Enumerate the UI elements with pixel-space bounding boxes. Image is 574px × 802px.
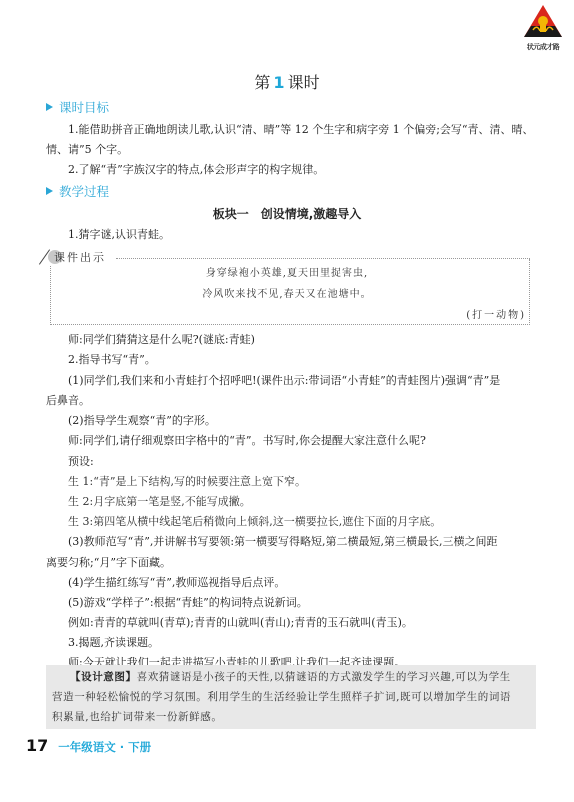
lesson-title: 第1课时 xyxy=(0,70,574,93)
text-line: (4)学生描红练写“青”,教师巡视指导后点评。 xyxy=(46,573,536,593)
triangle-bullet-icon xyxy=(46,187,53,195)
riddle-line-1: 身穿绿袍小英雄,夏天田里捉害虫, xyxy=(0,264,574,279)
design-intent-text-2: 营造一种轻松愉悦的学习氛围。利用学生的生活经验让学生照样子扩词,既可以增加学生的… xyxy=(52,687,530,707)
text-line: 师:同学们猜猜这是什么呢?(谜底:青蛙) xyxy=(46,330,536,350)
step-3: 3.揭题,齐读课题。 xyxy=(46,633,536,653)
step-2: 2.指导书写“青”。 xyxy=(46,350,536,370)
objective-1-cont: 情、请”5 个字。 xyxy=(46,140,536,160)
student-answer-2: 生 2:月字底第一笔是竖,不能写成撇。 xyxy=(46,492,536,512)
block-title: 板块一 创设情境,激趣导入 xyxy=(0,205,574,222)
book-title: 一年级语文 · 下册 xyxy=(58,739,151,755)
section-heading-objectives: 课时目标 xyxy=(46,98,109,116)
design-intent-text-3: 积累量,也给扩词带来一份新鲜感。 xyxy=(52,707,530,727)
publisher-logo: 状元成才路 xyxy=(518,4,568,54)
design-intent-text-1: 喜欢猜谜语是小孩子的天性,以猜谜语的方式激发学生的学习兴趣,可以为学生 xyxy=(137,671,511,683)
riddle-hint: (打一动物) xyxy=(466,306,526,321)
courseware-divider xyxy=(116,258,530,259)
text-line: (5)游戏“学样子”:根据“青蛙”的构词特点说新词。 xyxy=(46,593,536,613)
logo-emblem-icon xyxy=(523,4,563,40)
process-heading-text: 教学过程 xyxy=(59,182,109,200)
objective-1: 1.能借助拼音正确地朗读儿歌,认识“清、晴”等 12 个生字和病字旁 1 个偏旁… xyxy=(46,120,536,140)
objectives-heading-text: 课时目标 xyxy=(59,98,109,116)
student-answer-1: 生 1:“青”是上下结构,写的时候要注意上宽下窄。 xyxy=(46,472,536,492)
objective-2: 2.了解“青”字族汉字的特点,体会形声字的构字规律。 xyxy=(46,160,536,180)
lesson-title-prefix: 第 xyxy=(254,73,270,92)
step-1: 1.猜字谜,认识青蛙。 xyxy=(46,225,536,245)
courseware-label-text: 课件出示 xyxy=(54,249,106,265)
page-footer: 17 一年级语文 · 下册 xyxy=(26,736,151,755)
example-line: 例如:青青的草就叫(青草);青青的山就叫(青山);青青的玉石就叫(青玉)。 xyxy=(46,613,536,633)
lesson-title-suffix: 课时 xyxy=(288,73,320,92)
text-line: 离要匀称;“月”字下面藏。 xyxy=(46,553,536,573)
section-heading-process: 教学过程 xyxy=(46,182,109,200)
text-line: 后鼻音。 xyxy=(46,391,536,411)
text-line: (3)教师范写“青”,并讲解书写要领:第一横要写得略短,第二横最短,第三横最长,… xyxy=(46,532,536,552)
page-number: 17 xyxy=(26,736,48,755)
design-intent-tag: 【设计意图】 xyxy=(70,671,137,683)
triangle-bullet-icon xyxy=(46,103,53,111)
riddle-line-2: 冷风吹来找不见,春天又在池塘中。 xyxy=(0,285,574,300)
design-intent-box: 【设计意图】喜欢猜谜语是小孩子的天性,以猜谜语的方式激发学生的学习兴趣,可以为学… xyxy=(46,665,536,729)
student-answer-3: 生 3:第四笔从横中线起笔后稍微向上倾斜,这一横要拉长,遮住下面的月字底。 xyxy=(46,512,536,532)
text-line: (1)同学们,我们来和小青蛙打个招呼吧!(课件出示:带词语“小青蛙”的青蛙图片)… xyxy=(46,371,536,391)
text-line: (2)指导学生观察“青”的字形。 xyxy=(46,411,536,431)
text-line: 师:同学们,请仔细观察田字格中的“青”。书写时,你会提醒大家注意什么呢? xyxy=(46,431,536,451)
text-line: 预设: xyxy=(46,452,536,472)
logo-brand-text: 状元成才路 xyxy=(518,42,568,52)
courseware-label: 课件出示 xyxy=(48,249,108,265)
lesson-number: 1 xyxy=(273,73,284,92)
